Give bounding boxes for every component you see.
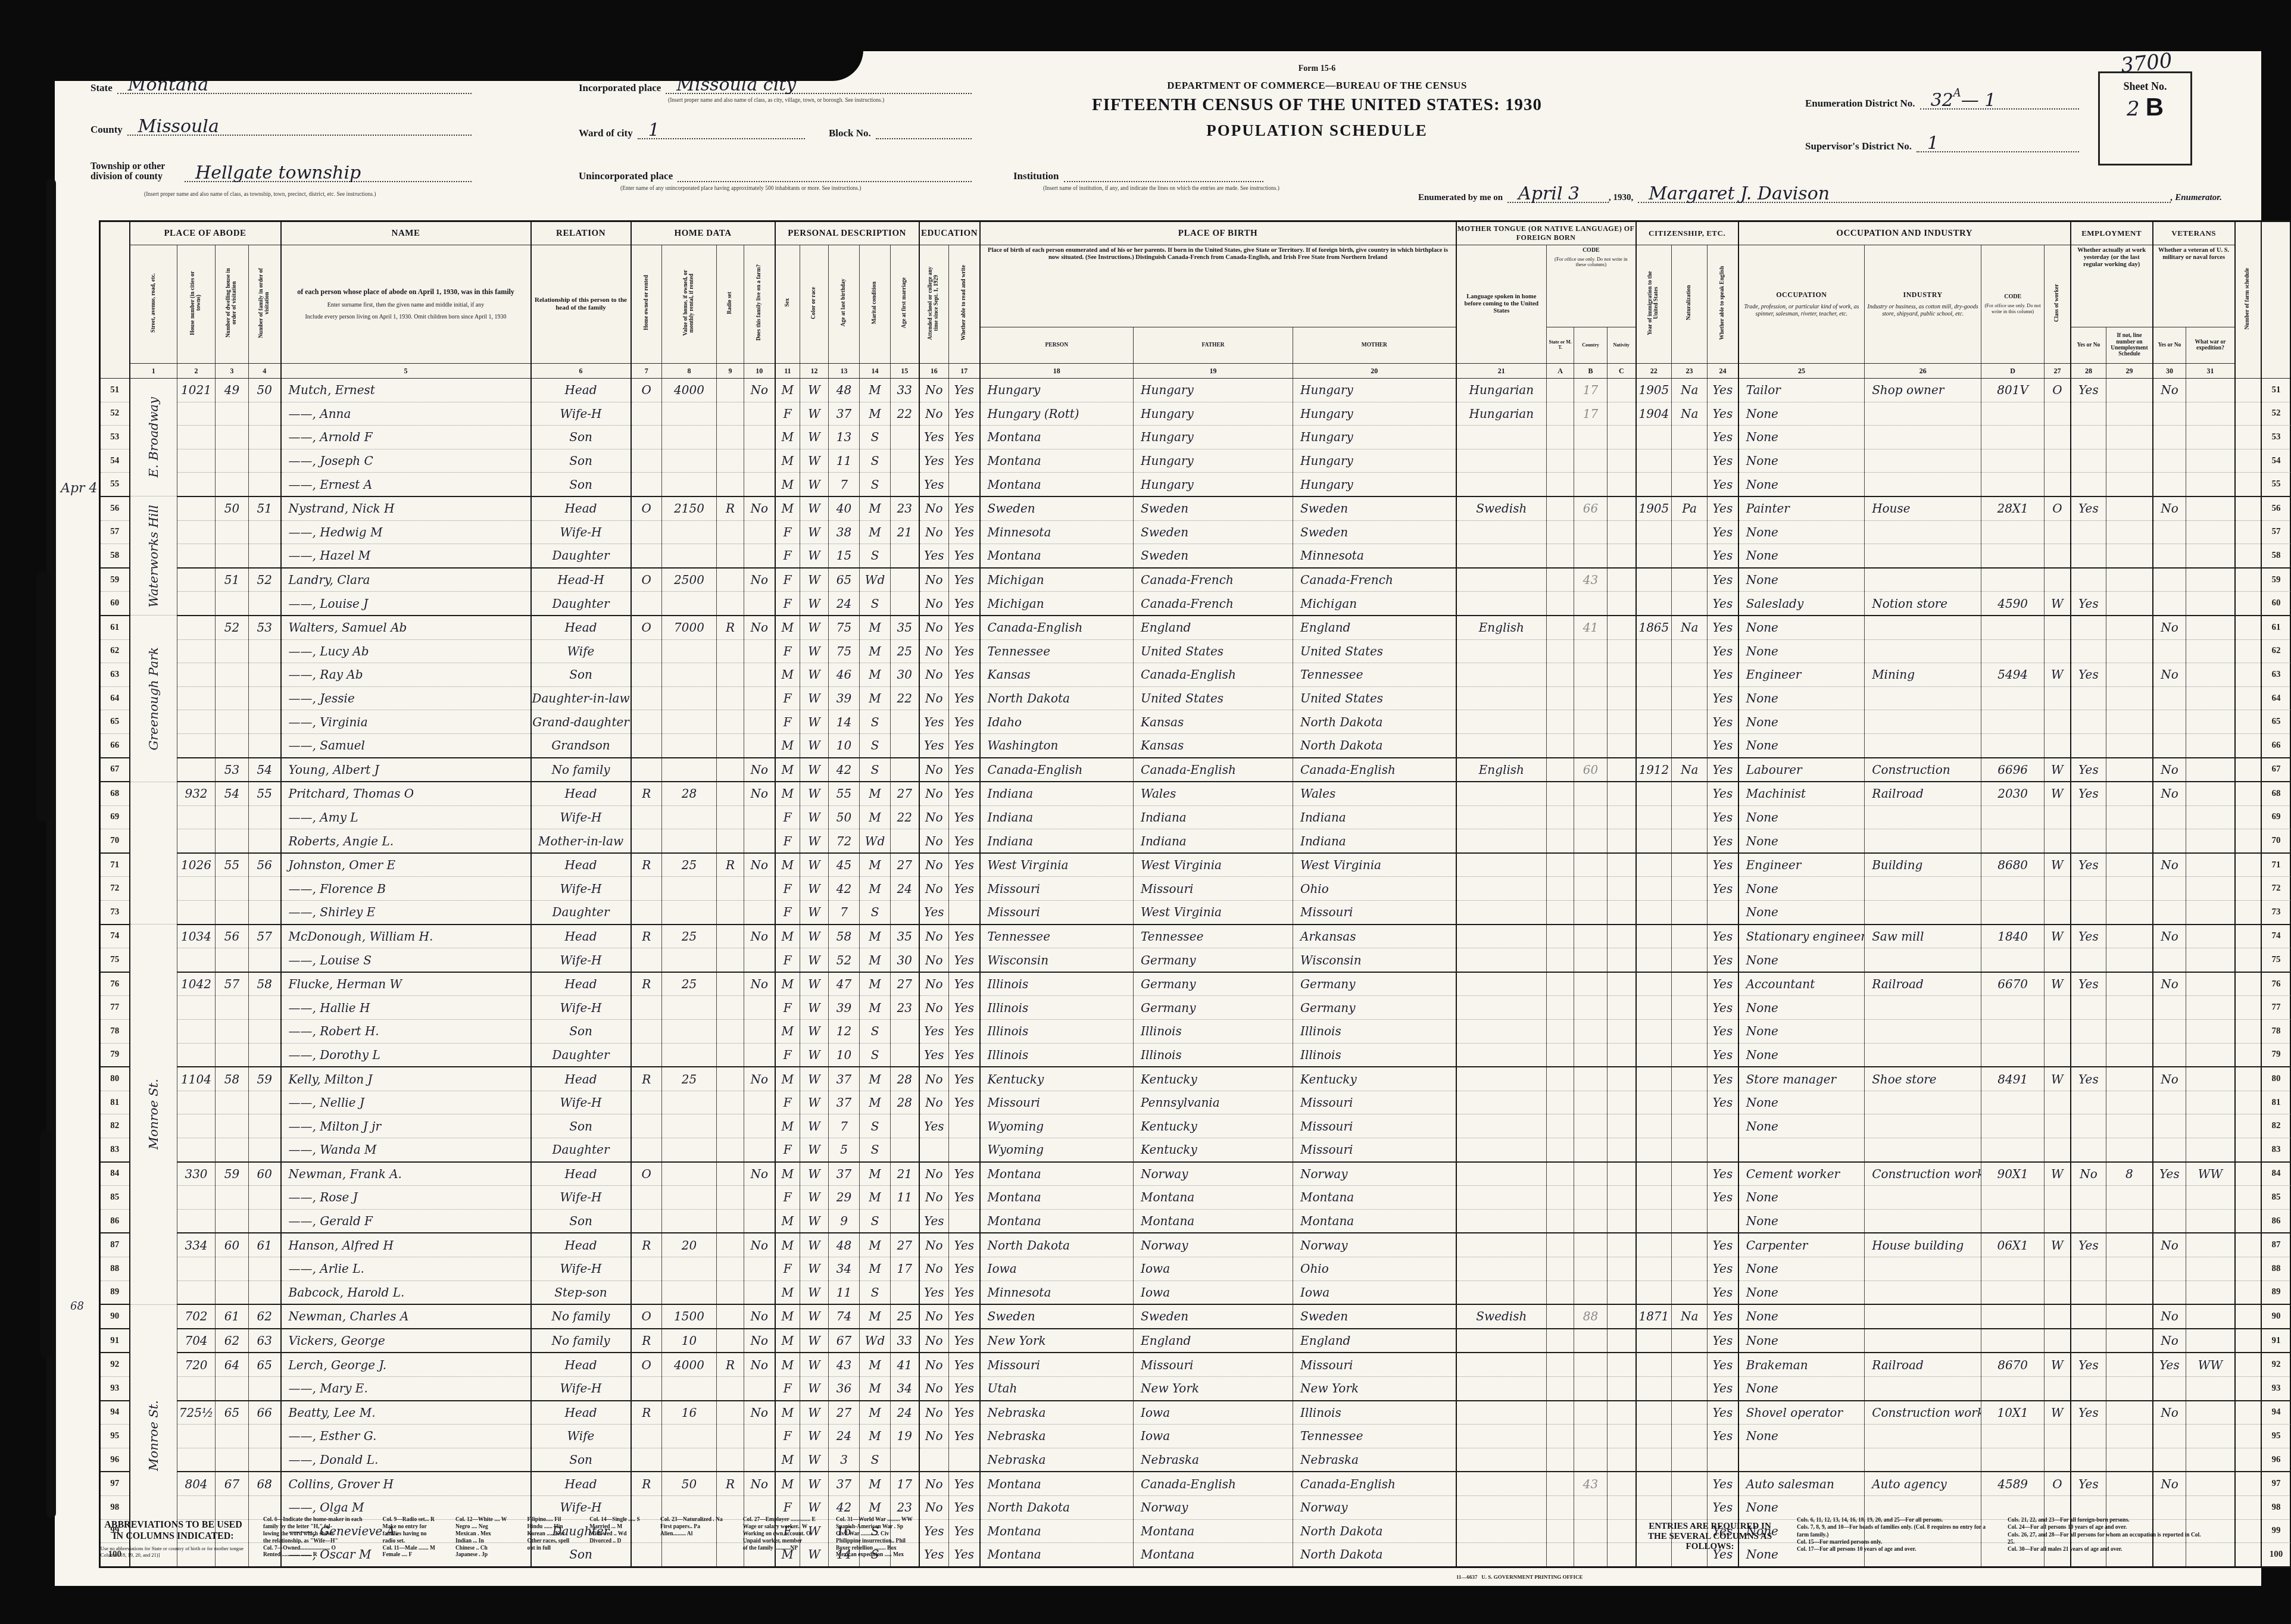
cell-house-number	[177, 1091, 216, 1114]
cell-house-number	[177, 1114, 216, 1138]
cell-occupation: None	[1738, 1425, 1865, 1448]
cell-name: ——, Anna	[281, 402, 531, 426]
abbreviation-line: the relationship, as "Wife—H"	[263, 1538, 363, 1545]
sex-column-header: Sex	[775, 245, 800, 364]
cell-read-write: Yes	[949, 782, 980, 805]
office-use-cell	[1608, 1043, 1636, 1067]
cell-birthplace: Canada-English	[980, 616, 1134, 639]
cell-value-or-rent: 10	[662, 1329, 717, 1353]
cell-speaks-english: Yes	[1708, 972, 1738, 996]
cell-marital-condition: S	[860, 426, 891, 449]
cell-mother-birthplace: Wisconsin	[1293, 948, 1456, 972]
cell-radio-set	[717, 733, 744, 757]
cell-radio-set	[717, 1209, 744, 1233]
abbreviation-line: Negro .... Neg	[455, 1524, 507, 1531]
cell-value-or-rent	[662, 829, 717, 853]
cell-immigration-year	[1636, 1329, 1672, 1353]
cell-occupation-code	[1981, 1329, 2045, 1353]
cell-read-write: Yes	[949, 948, 980, 972]
cell-veteran: Yes	[2153, 1162, 2186, 1186]
cell-occupation-code: 2030	[1981, 782, 2045, 805]
line-number: 88	[100, 1257, 130, 1281]
cell-age-at-first-marriage: 33	[891, 379, 919, 402]
cell-mother-birthplace: North Dakota	[1293, 710, 1456, 734]
abbreviation-line: of the family ...........NP	[743, 1545, 816, 1553]
office-use-cell	[1547, 1091, 1574, 1114]
column-number-row: 123456789101112131415161718192021ABC2223…	[100, 364, 2291, 379]
office-use-cell	[2235, 1209, 2261, 1233]
line-number: 74	[100, 925, 130, 948]
table-row: 978046768Collins, Grover HHeadR50RNoMW37…	[100, 1472, 2291, 1495]
cell-relation: Head	[531, 1067, 631, 1091]
cell-family-number: 63	[249, 1329, 281, 1353]
cell-class-of-worker	[2045, 473, 2071, 496]
cell-value-or-rent	[662, 639, 717, 663]
cell-name: ——, Ernest A	[281, 473, 531, 496]
cell-speaks-english: Yes	[1708, 449, 1738, 473]
cell-mother-birthplace: Germany	[1293, 996, 1456, 1020]
ed-label: Enumeration District No.	[1805, 98, 1915, 110]
office-use-cell	[1608, 1114, 1636, 1138]
cell-industry: Shop owner	[1865, 379, 1981, 402]
cell-at-work-yesterday	[2071, 1425, 2106, 1448]
cell-dwelling-number	[216, 877, 249, 901]
cell-radio-set	[717, 1067, 744, 1091]
cell-read-write: Yes	[949, 829, 980, 853]
cell-mother-birthplace: England	[1293, 1329, 1456, 1353]
incorporated-note: (Insert proper name and also name of cla…	[668, 98, 884, 104]
cell-speaks-english: Yes	[1708, 568, 1738, 592]
cell-sex: M	[775, 1472, 800, 1495]
cell-age-at-first-marriage: 28	[891, 1067, 919, 1091]
column-number: 8	[662, 364, 717, 379]
cell-mother-birthplace: Missouri	[1293, 1138, 1456, 1162]
cell-house-number	[177, 568, 216, 592]
table-row: 98——, Olga MWife-HFW42M23NoYesNorth Dako…	[100, 1495, 2291, 1519]
cell-age-at-first-marriage	[891, 473, 919, 496]
cell-lives-on-farm: No	[744, 853, 775, 877]
cell-dwelling-number	[216, 1043, 249, 1067]
office-use-cell	[2235, 996, 2261, 1020]
cell-relation: No family	[531, 758, 631, 782]
line-number: 53	[100, 426, 130, 449]
cell-home-owned-or-rented: R	[631, 853, 662, 877]
cell-class-of-worker: W	[2045, 1233, 2071, 1257]
cell-color-or-race: W	[800, 1067, 829, 1091]
office-use-cell	[2235, 1329, 2261, 1353]
line-number: 84	[100, 1162, 130, 1186]
cell-occupation: None	[1738, 1376, 1865, 1400]
cell-mother-birthplace: North Dakota	[1293, 733, 1456, 757]
cell-color-or-race: W	[800, 1472, 829, 1495]
cell-attended-school: Yes	[919, 1020, 949, 1044]
cell-family-number: 61	[249, 1233, 281, 1257]
cell-father-birthplace: Hungary	[1134, 379, 1293, 402]
cell-age-at-first-marriage: 22	[891, 402, 919, 426]
office-use-cell	[2235, 1186, 2261, 1210]
cell-mother-tongue	[1456, 1043, 1547, 1067]
office-use-cell	[1547, 568, 1574, 592]
cell-radio-set	[717, 829, 744, 853]
cell-home-owned-or-rented	[631, 1138, 662, 1162]
cell-war	[2186, 496, 2235, 520]
cell-at-work-yesterday	[2071, 1281, 2106, 1304]
cell-birthplace: Montana	[980, 1162, 1134, 1186]
cell-dwelling-number	[216, 1091, 249, 1114]
office-use-cell	[1608, 544, 1636, 568]
cell-naturalization	[1672, 948, 1708, 972]
cell-father-birthplace: Germany	[1134, 972, 1293, 996]
table-row: 73——, Shirley EDaughterFW7SYesMissouriWe…	[100, 901, 2291, 925]
office-use-cell	[2235, 1257, 2261, 1281]
table-row: 58——, Hazel MDaughterFW15SYesYesMontanaS…	[100, 544, 2291, 568]
cell-war	[2186, 1401, 2235, 1425]
cell-dwelling-number	[216, 1020, 249, 1044]
cell-age: 37	[829, 402, 860, 426]
cell-value-or-rent: 2150	[662, 496, 717, 520]
cell-name: ——, Hazel M	[281, 544, 531, 568]
cell-war	[2186, 901, 2235, 925]
sd-label: Supervisor's District No.	[1805, 140, 1912, 152]
cell-family-number	[249, 1376, 281, 1400]
cell-veteran	[2153, 877, 2186, 901]
cell-age-at-first-marriage	[891, 1209, 919, 1233]
cell-read-write: Yes	[949, 972, 980, 996]
cell-age: 3	[829, 1448, 860, 1472]
cell-lives-on-farm: No	[744, 1353, 775, 1376]
office-use-cell	[2235, 616, 2261, 639]
cell-lives-on-farm	[744, 426, 775, 449]
cell-family-number	[249, 473, 281, 496]
cell-color-or-race: W	[800, 996, 829, 1020]
cell-value-or-rent	[662, 1425, 717, 1448]
cell-relation: No family	[531, 1304, 631, 1329]
cell-age-at-first-marriage	[891, 1043, 919, 1067]
column-number: 12	[800, 364, 829, 379]
cell-house-number: 702	[177, 1304, 216, 1329]
cell-marital-condition: M	[860, 663, 891, 687]
cell-unemployment-line	[2106, 520, 2153, 544]
cell-relation: Son	[531, 449, 631, 473]
cell-radio-set	[717, 1495, 744, 1519]
cell-occupation-code: 10X1	[1981, 1401, 2045, 1425]
cell-immigration-year: 1905	[1636, 379, 1672, 402]
entries-line: Col. 24—For all persons 10 years of age …	[2008, 1524, 2204, 1531]
cell-war	[2186, 1329, 2235, 1353]
cell-father-birthplace: Sweden	[1134, 496, 1293, 520]
cell-at-work-yesterday	[2071, 426, 2106, 449]
cell-family-number	[249, 1425, 281, 1448]
cell-age: 55	[829, 782, 860, 805]
sd-underline: 1	[1917, 151, 2079, 152]
cell-radio-set	[717, 686, 744, 710]
code-country-subheader: Country	[1574, 327, 1608, 364]
cell-speaks-english: Yes	[1708, 1353, 1738, 1376]
cell-naturalization	[1672, 449, 1708, 473]
cell-radio-set: R	[717, 1353, 744, 1376]
cell-naturalization	[1672, 901, 1708, 925]
line-number: 65	[100, 710, 130, 734]
cell-mother-tongue: Hungarian	[1456, 402, 1547, 426]
cell-father-birthplace: Montana	[1134, 1209, 1293, 1233]
abbreviation-line: lowing the word which shows	[263, 1531, 363, 1538]
cell-occupation-code	[1981, 829, 2045, 853]
cell-sex: M	[775, 1114, 800, 1138]
cell-house-number	[177, 948, 216, 972]
cell-class-of-worker	[2045, 710, 2071, 734]
cell-lives-on-farm	[744, 877, 775, 901]
cell-radio-set: R	[717, 1472, 744, 1495]
cell-war	[2186, 402, 2235, 426]
cell-marital-condition: S	[860, 733, 891, 757]
line-number: 98	[100, 1495, 130, 1519]
cell-unemployment-line	[2106, 1425, 2153, 1448]
table-row: 81——, Nellie JWife-HFW37M28NoYesMissouri…	[100, 1091, 2291, 1114]
schedule-title: POPULATION SCHEDULE	[1019, 121, 1615, 140]
line-number: 55	[100, 473, 130, 496]
cell-birthplace: Kansas	[980, 663, 1134, 687]
cell-name: Vickers, George	[281, 1329, 531, 1353]
cell-age-at-first-marriage: 30	[891, 948, 919, 972]
cell-dwelling-number	[216, 544, 249, 568]
cell-veteran: No	[2153, 379, 2186, 402]
office-use-cell	[1608, 853, 1636, 877]
cell-color-or-race: W	[800, 426, 829, 449]
line-number-right: 96	[2261, 1448, 2291, 1472]
cell-war	[2186, 1376, 2235, 1400]
office-use-cell	[2235, 402, 2261, 426]
cell-read-write: Yes	[949, 568, 980, 592]
occupation-column-header: OCCUPATIONTrade, profession, or particul…	[1738, 245, 1865, 364]
cell-industry: Construction work	[1865, 1162, 1981, 1186]
table-row: 88——, Arlie L.Wife-HFW34M17NoYesIowaIowa…	[100, 1257, 2291, 1281]
cell-age-at-first-marriage: 27	[891, 782, 919, 805]
cell-industry	[1865, 901, 1981, 925]
cell-family-number	[249, 1091, 281, 1114]
cell-mother-tongue	[1456, 544, 1547, 568]
cell-mother-tongue	[1456, 568, 1547, 592]
cell-birthplace: Indiana	[980, 829, 1134, 853]
cell-radio-set	[717, 1329, 744, 1353]
cell-value-or-rent	[662, 758, 717, 782]
line-number-right: 98	[2261, 1495, 2291, 1519]
office-use-cell	[1547, 829, 1574, 853]
cell-at-work-yesterday	[2071, 1257, 2106, 1281]
cell-dwelling-number: 54	[216, 782, 249, 805]
enumerated-date: April 3	[1518, 183, 1580, 204]
cell-sex: M	[775, 1353, 800, 1376]
cell-name: ——, Rose J	[281, 1186, 531, 1210]
cell-age-at-first-marriage: 19	[891, 1425, 919, 1448]
cell-age-at-first-marriage: 27	[891, 972, 919, 996]
cell-dwelling-number	[216, 639, 249, 663]
cell-color-or-race: W	[800, 1043, 829, 1067]
cell-lives-on-farm	[744, 686, 775, 710]
cell-naturalization	[1672, 1043, 1708, 1067]
cell-class-of-worker	[2045, 805, 2071, 829]
cell-age: 47	[829, 972, 860, 996]
cell-marital-condition: M	[860, 853, 891, 877]
cell-radio-set	[717, 544, 744, 568]
cell-marital-condition: M	[860, 1091, 891, 1114]
speaks-english-column-header: Whether able to speak English	[1708, 245, 1738, 364]
cell-occupation: Shovel operator	[1738, 1401, 1865, 1425]
column-number: C	[1608, 364, 1636, 379]
line-number-right: 74	[2261, 925, 2291, 948]
cell-war	[2186, 1281, 2235, 1304]
relation-column-header: Relationship of this person to the head …	[531, 245, 631, 364]
cell-unemployment-line	[2106, 1138, 2153, 1162]
office-use-cell	[2235, 568, 2261, 592]
cell-at-work-yesterday	[2071, 1114, 2106, 1138]
cell-industry	[1865, 568, 1981, 592]
cell-age: 74	[829, 1304, 860, 1329]
cell-dwelling-number	[216, 710, 249, 734]
cell-office-code	[1574, 686, 1608, 710]
form-number: Form 15-6	[1019, 64, 1615, 74]
block-underline	[876, 138, 972, 139]
cell-occupation: None	[1738, 1186, 1865, 1210]
line-number-column-header	[100, 221, 130, 379]
cell-war	[2186, 426, 2235, 449]
office-use-cell	[1608, 1162, 1636, 1186]
cell-age-at-first-marriage: 33	[891, 1329, 919, 1353]
cell-relation: Head	[531, 782, 631, 805]
table-row: 53——, Arnold FSonMW13SYesYesMontanaHunga…	[100, 426, 2291, 449]
cell-veteran	[2153, 592, 2186, 616]
cell-color-or-race: W	[800, 616, 829, 639]
line-number-right: 59	[2261, 568, 2291, 592]
cell-industry	[1865, 544, 1981, 568]
cell-occupation: Engineer	[1738, 663, 1865, 687]
cell-industry: Railroad	[1865, 972, 1981, 996]
office-use-cell	[1547, 1067, 1574, 1091]
cell-name: Babcock, Harold L.	[281, 1281, 531, 1304]
cell-industry	[1865, 639, 1981, 663]
cell-dwelling-number	[216, 663, 249, 687]
cell-at-work-yesterday	[2071, 402, 2106, 426]
cell-birthplace: Nebraska	[980, 1401, 1134, 1425]
cell-color-or-race: W	[800, 877, 829, 901]
cell-industry	[1865, 1020, 1981, 1044]
township-label: Township or other division of county	[90, 162, 180, 182]
cell-office-code	[1574, 1162, 1608, 1186]
cell-marital-condition: M	[860, 379, 891, 402]
cell-office-code	[1574, 663, 1608, 687]
sd-value: 1	[1927, 133, 1939, 154]
column-number: 20	[1293, 364, 1456, 379]
cell-read-write: Yes	[949, 1020, 980, 1044]
cell-marital-condition: M	[860, 996, 891, 1020]
cell-relation: Grandson	[531, 733, 631, 757]
cell-occupation: None	[1738, 1209, 1865, 1233]
cell-mother-birthplace: Iowa	[1293, 1281, 1456, 1304]
abbreviation-columns: Col. 6—Indicate the home-maker in eachfa…	[263, 1517, 1623, 1559]
office-use-cell	[1547, 782, 1574, 805]
cell-immigration-year	[1636, 1067, 1672, 1091]
cell-mother-tongue	[1456, 449, 1547, 473]
cell-naturalization	[1672, 1138, 1708, 1162]
cell-occupation	[1738, 1448, 1865, 1472]
office-use-cell	[1547, 1043, 1574, 1067]
abbreviation-line: Spanish-American War . Sp	[836, 1524, 913, 1531]
cell-marital-condition: S	[860, 473, 891, 496]
cell-name: ——, Jessie	[281, 686, 531, 710]
cell-lives-on-farm	[744, 663, 775, 687]
cell-name: ——, Nellie J	[281, 1091, 531, 1114]
cell-industry: Railroad	[1865, 1353, 1981, 1376]
entries-line: Cols. 6, 11, 12, 13, 14, 16, 18, 19, 20,…	[1797, 1517, 1993, 1524]
cell-immigration-year	[1636, 996, 1672, 1020]
cell-sex: F	[775, 592, 800, 616]
line-number-right: 55	[2261, 473, 2291, 496]
cell-age: 12	[829, 1020, 860, 1044]
cell-occupation: Engineer	[1738, 853, 1865, 877]
cell-father-birthplace: Illinois	[1134, 1043, 1293, 1067]
race-column-header: Color or race	[800, 245, 829, 364]
cell-age-at-first-marriage: 25	[891, 639, 919, 663]
cell-occupation-code	[1981, 568, 2045, 592]
cell-office-code	[1574, 1257, 1608, 1281]
sheet-number-box: Sheet No. 2B	[2098, 71, 2192, 165]
cell-dwelling-number	[216, 402, 249, 426]
cell-office-code	[1574, 520, 1608, 544]
table-row: 69——, Amy LWife-HFW50M22NoYesIndianaIndi…	[100, 805, 2291, 829]
cell-marital-condition: Wd	[860, 568, 891, 592]
cell-occupation-code: 8680	[1981, 853, 2045, 877]
cell-mother-tongue	[1456, 925, 1547, 948]
cell-read-write: Yes	[949, 1401, 980, 1425]
cell-occupation-code: 8670	[1981, 1353, 2045, 1376]
cell-value-or-rent	[662, 592, 717, 616]
cell-mother-birthplace: Missouri	[1293, 1353, 1456, 1376]
line-number-right: 71	[2261, 853, 2291, 877]
cell-relation: Wife-H	[531, 996, 631, 1020]
group-veterans: VETERANS	[2153, 221, 2235, 245]
cell-relation: Head	[531, 616, 631, 639]
cell-marital-condition: M	[860, 1401, 891, 1425]
cell-mother-tongue: English	[1456, 616, 1547, 639]
street-name: Monroe St.	[130, 925, 177, 1305]
cell-home-owned-or-rented	[631, 1114, 662, 1138]
cell-attended-school: No	[919, 1091, 949, 1114]
line-number: 79	[100, 1043, 130, 1067]
line-number-right: 83	[2261, 1138, 2291, 1162]
cell-name: ——, Samuel	[281, 733, 531, 757]
office-use-cell	[2235, 1448, 2261, 1472]
cell-family-number: 52	[249, 568, 281, 592]
cell-father-birthplace: England	[1134, 1329, 1293, 1353]
township-note: (Insert proper name and also name of cla…	[144, 192, 376, 198]
cell-age: 58	[829, 925, 860, 948]
cell-marital-condition: S	[860, 901, 891, 925]
cell-color-or-race: W	[800, 782, 829, 805]
cell-age: 40	[829, 496, 860, 520]
cell-age: 37	[829, 1091, 860, 1114]
cell-marital-condition: Wd	[860, 1329, 891, 1353]
cell-name: Beatty, Lee M.	[281, 1401, 531, 1425]
cell-attended-school: Yes	[919, 1209, 949, 1233]
cell-name: ——, Donald L.	[281, 1448, 531, 1472]
abbreviation-line: Col. 14—Single ..... S	[589, 1517, 640, 1524]
line-number-right: 100	[2261, 1543, 2291, 1567]
line-number: 90	[100, 1304, 130, 1329]
cell-industry: Construction work	[1865, 1401, 1981, 1425]
office-use-cell	[2235, 1114, 2261, 1138]
cell-attended-school: Yes	[919, 1043, 949, 1067]
cell-veteran	[2153, 805, 2186, 829]
cell-war	[2186, 663, 2235, 687]
